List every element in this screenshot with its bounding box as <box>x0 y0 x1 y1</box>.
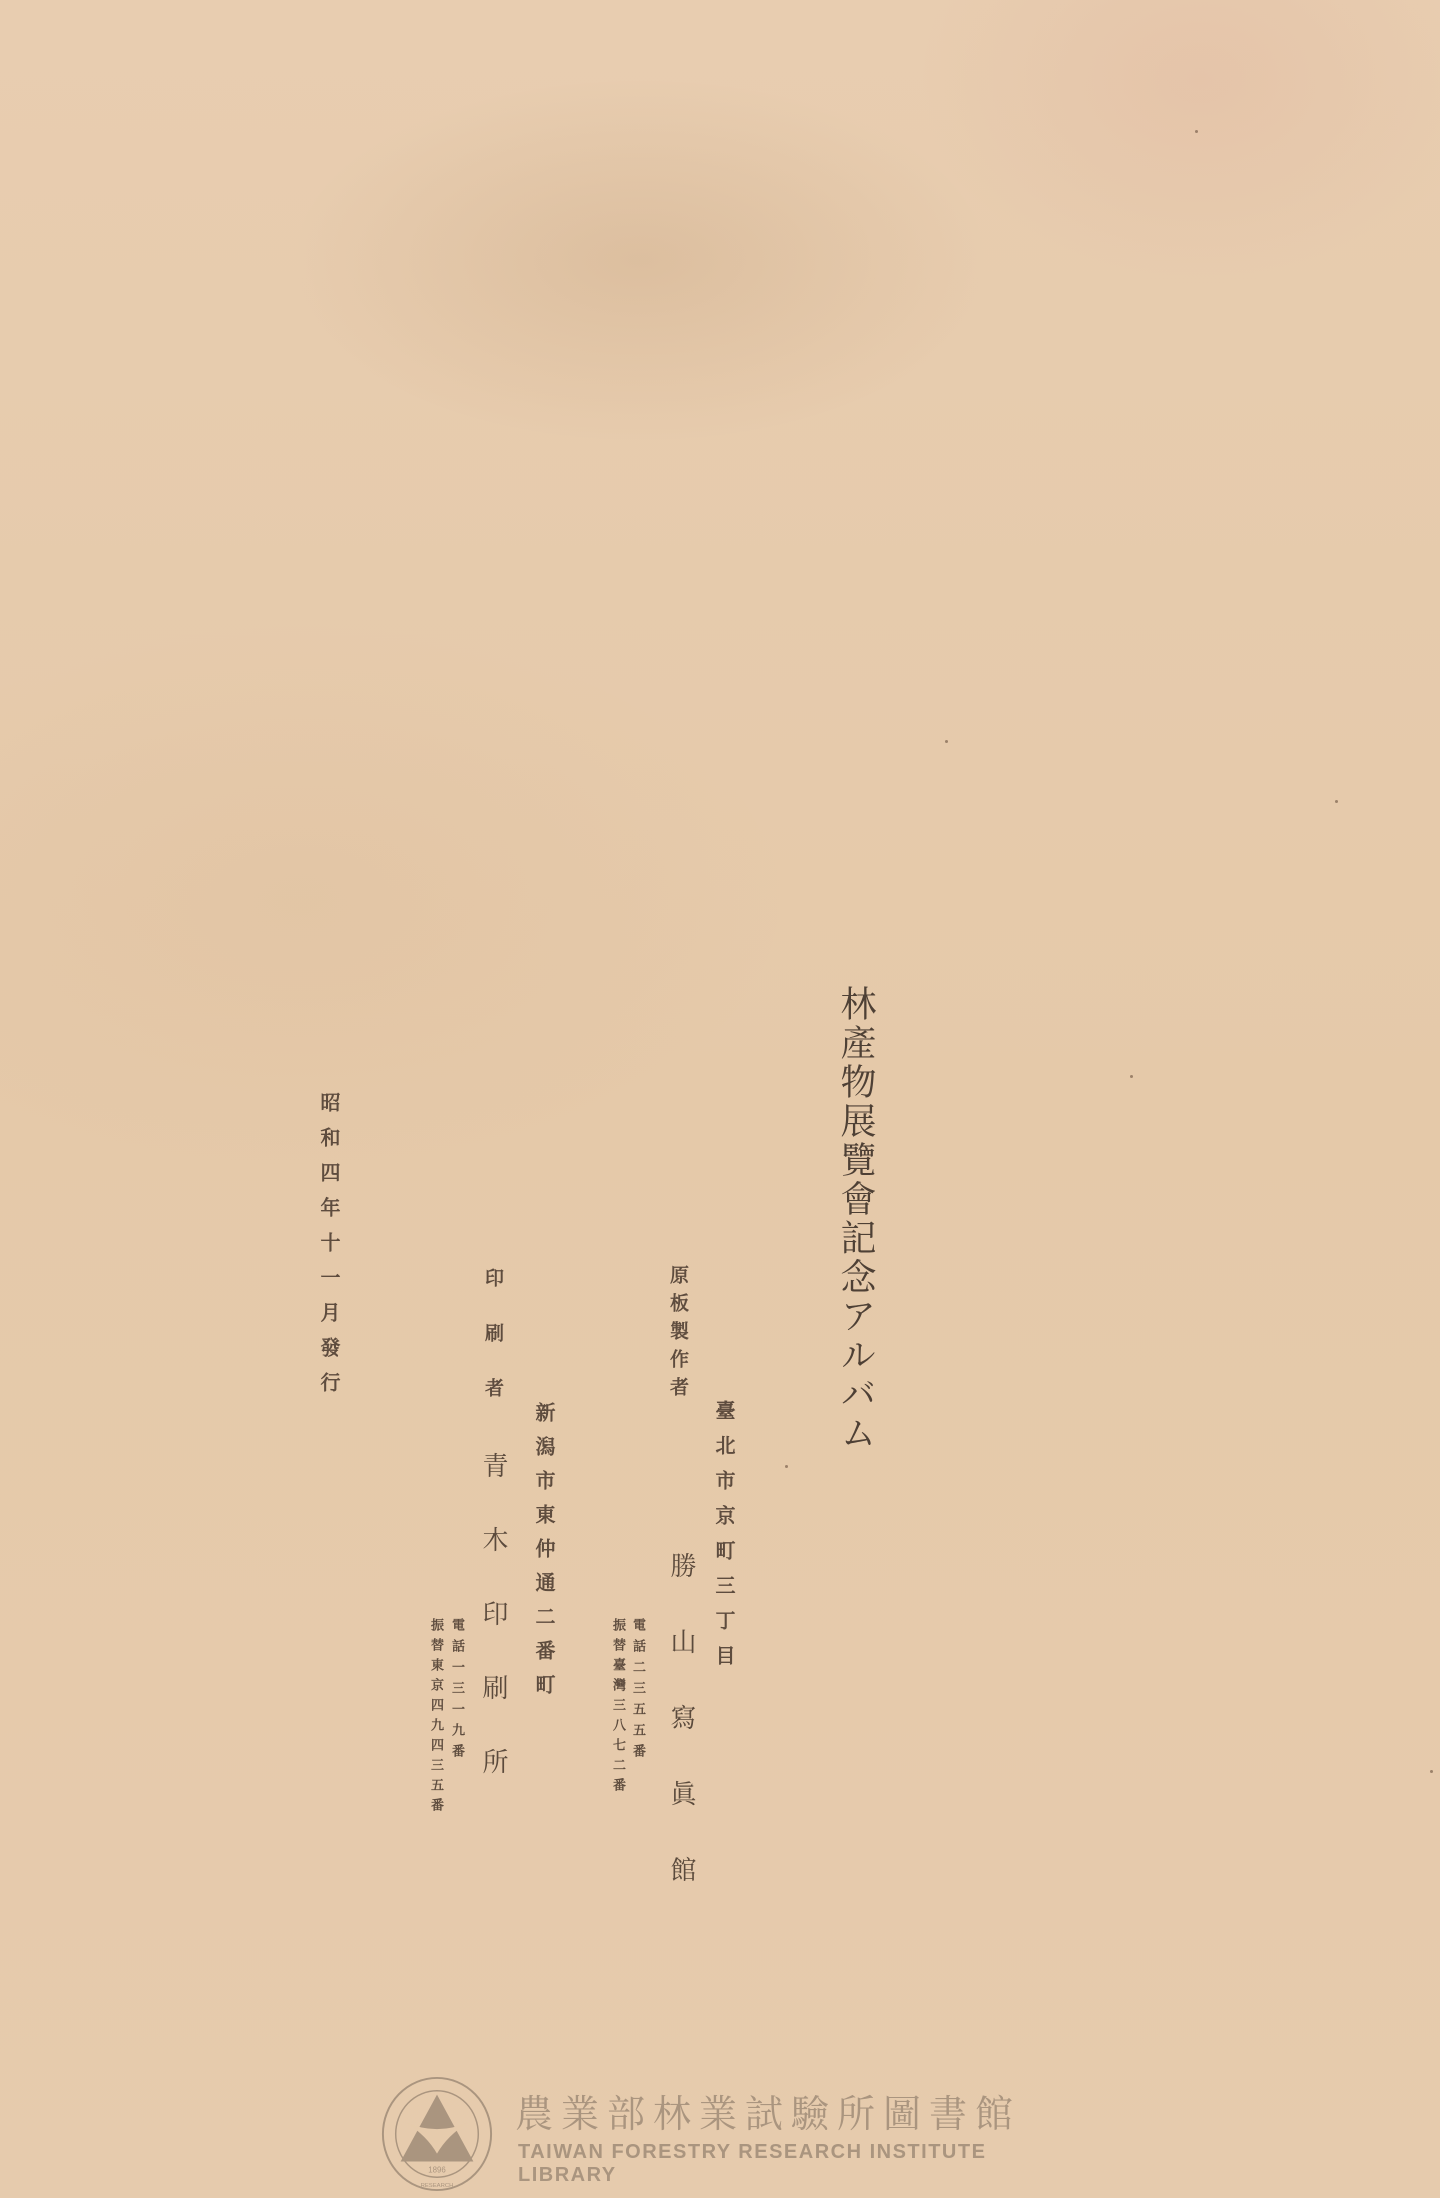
issue-date: 昭和四年十一月發行 <box>315 1092 344 1407</box>
album-title: 林產物展覽會記念アルバム <box>830 985 881 1453</box>
library-name-english: TAIWAN FORESTRY RESEARCH INSTITUTE LIBRA… <box>518 2141 1078 2187</box>
photographer-address: 臺北市京町三丁目 <box>710 1400 739 1680</box>
paper-speck <box>785 1465 788 1468</box>
svg-text:1896: 1896 <box>428 2165 446 2174</box>
paper-speck <box>1335 800 1338 803</box>
printer-name: 青木印刷所 <box>475 1452 512 1822</box>
photographer-account: 振替臺灣三八七二番 <box>608 1618 627 1798</box>
paper-speck <box>1430 1770 1433 1773</box>
svg-text:RESEARCH: RESEARCH <box>421 2183 454 2189</box>
library-name-chinese: 農業部林業試驗所圖書館 <box>515 2083 1021 2138</box>
library-watermark: 1896 RESEARCH 農業部林業試驗所圖書館 TAIWAN FORESTR… <box>378 2075 1078 2190</box>
photographer-phone: 電話二三五五番 <box>628 1618 647 1765</box>
paper-speck <box>1195 130 1198 133</box>
paper-speck <box>1130 1075 1133 1078</box>
paper-speck <box>945 740 948 743</box>
photographer-name: 勝山寫眞館 <box>663 1552 700 1932</box>
printer-role: 印刷者 <box>480 1268 507 1433</box>
printer-phone: 電話一三一九番 <box>447 1618 466 1765</box>
forestry-institute-logo-icon: 1896 RESEARCH <box>378 2075 496 2193</box>
printer-address: 新潟市東仲通二番町 <box>530 1402 559 1708</box>
photographer-role: 原板製作者 <box>665 1265 692 1405</box>
printer-account: 振替東京四九四三五番 <box>426 1618 445 1818</box>
